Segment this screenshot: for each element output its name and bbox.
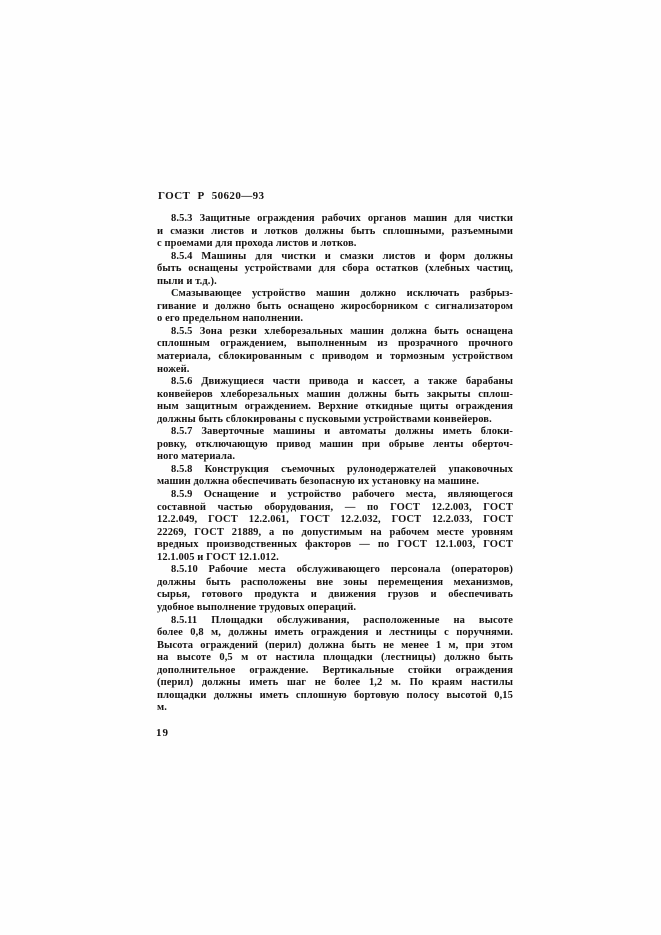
paragraph: 8.5.10 Рабочие места обслуживающего перс… xyxy=(157,564,513,614)
text-line: на высоте 0,5 м от настила площадки (лес… xyxy=(157,652,513,665)
text-line: ровку, отключающую привод машин при обры… xyxy=(157,439,513,452)
paragraph: 8.5.4 Машины для чистки и смазки листов … xyxy=(157,251,513,289)
document-page: ГОСТ Р 50620—93 8.5.3 Защитные ограждени… xyxy=(0,0,661,935)
paragraph: Смазывающее устройство машин должно искл… xyxy=(157,288,513,326)
text-line: машин должна обеспечивать безопасную их … xyxy=(157,476,513,489)
text-line: 8.5.7 Заверточные машины и автоматы долж… xyxy=(157,426,513,439)
text-line: 8.5.5 Зона резки хлеборезальных машин до… xyxy=(157,326,513,339)
text-line: дополнительное ограждение. Вертикальные … xyxy=(157,665,513,678)
text-line: 12.1.005 и ГОСТ 12.1.012. xyxy=(157,552,513,565)
text-line: быть оснащены устройствами для сбора ост… xyxy=(157,263,513,276)
text-line: сырья, готового продукта и движения груз… xyxy=(157,589,513,602)
text-line: вредных производственных факторов — по Г… xyxy=(157,539,513,552)
text-line: ного материала. xyxy=(157,451,513,464)
text-line: о его предельном наполнении. xyxy=(157,313,513,326)
paragraph: 8.5.11 Площадки обслуживания, расположен… xyxy=(157,615,513,715)
text-line: материала, сблокированным с приводом и т… xyxy=(157,351,513,364)
page-number: 19 xyxy=(156,727,169,739)
text-line: и смазки листов и лотков должны быть спл… xyxy=(157,226,513,239)
text-line: 8.5.6 Движущиеся части привода и кассет,… xyxy=(157,376,513,389)
paragraph: 8.5.3 Защитные ограждения рабочих органо… xyxy=(157,213,513,251)
text-line: 8.5.4 Машины для чистки и смазки листов … xyxy=(157,251,513,264)
text-line: 8.5.3 Защитные ограждения рабочих органо… xyxy=(157,213,513,226)
paragraph: 8.5.5 Зона резки хлеборезальных машин до… xyxy=(157,326,513,376)
text-line: ножей. xyxy=(157,364,513,377)
text-line: конвейеров хлеборезальных машин должны б… xyxy=(157,389,513,402)
text-line: 8.5.9 Оснащение и устройство рабочего ме… xyxy=(157,489,513,502)
text-line: удобное выполнение трудовых операций. xyxy=(157,602,513,615)
paragraph: 8.5.7 Заверточные машины и автоматы долж… xyxy=(157,426,513,464)
text-line: площадки должны иметь сплошную бортовую … xyxy=(157,690,513,703)
text-line: 12.2.049, ГОСТ 12.2.061, ГОСТ 12.2.032, … xyxy=(157,514,513,527)
paragraph: 8.5.6 Движущиеся части привода и кассет,… xyxy=(157,376,513,426)
running-head: ГОСТ Р 50620—93 xyxy=(158,190,264,202)
text-line: 8.5.10 Рабочие места обслуживающего перс… xyxy=(157,564,513,577)
text-line: м. xyxy=(157,702,513,715)
text-line: (перил) должны иметь шаг не более 1,2 м.… xyxy=(157,677,513,690)
text-line: ным защитным ограждением. Верхние откидн… xyxy=(157,401,513,414)
text-line: Смазывающее устройство машин должно искл… xyxy=(157,288,513,301)
text-line: пыли и т.д.). xyxy=(157,276,513,289)
text-line: 22269, ГОСТ 21889, а по допустимым на ра… xyxy=(157,527,513,540)
text-line: должны быть расположены вне зоны перемещ… xyxy=(157,577,513,590)
text-line: 8.5.11 Площадки обслуживания, расположен… xyxy=(157,615,513,628)
text-line: с проемами для прохода листов и лотков. xyxy=(157,238,513,251)
paragraph: 8.5.9 Оснащение и устройство рабочего ме… xyxy=(157,489,513,564)
text-line: Высота ограждений (перил) должна быть не… xyxy=(157,640,513,653)
paragraph: 8.5.8 Конструкция съемочных рулонодержат… xyxy=(157,464,513,489)
text-line: сплошным ограждением, выполненным из про… xyxy=(157,338,513,351)
text-line: более 0,8 м, должны иметь ограждения и л… xyxy=(157,627,513,640)
text-line: составной частью оборудования, — по ГОСТ… xyxy=(157,502,513,515)
text-line: должны быть сблокированы с пусковыми уст… xyxy=(157,414,513,427)
document-body: 8.5.3 Защитные ограждения рабочих органо… xyxy=(157,213,513,715)
text-line: 8.5.8 Конструкция съемочных рулонодержат… xyxy=(157,464,513,477)
text-line: гивание и должно быть оснащено жиросборн… xyxy=(157,301,513,314)
